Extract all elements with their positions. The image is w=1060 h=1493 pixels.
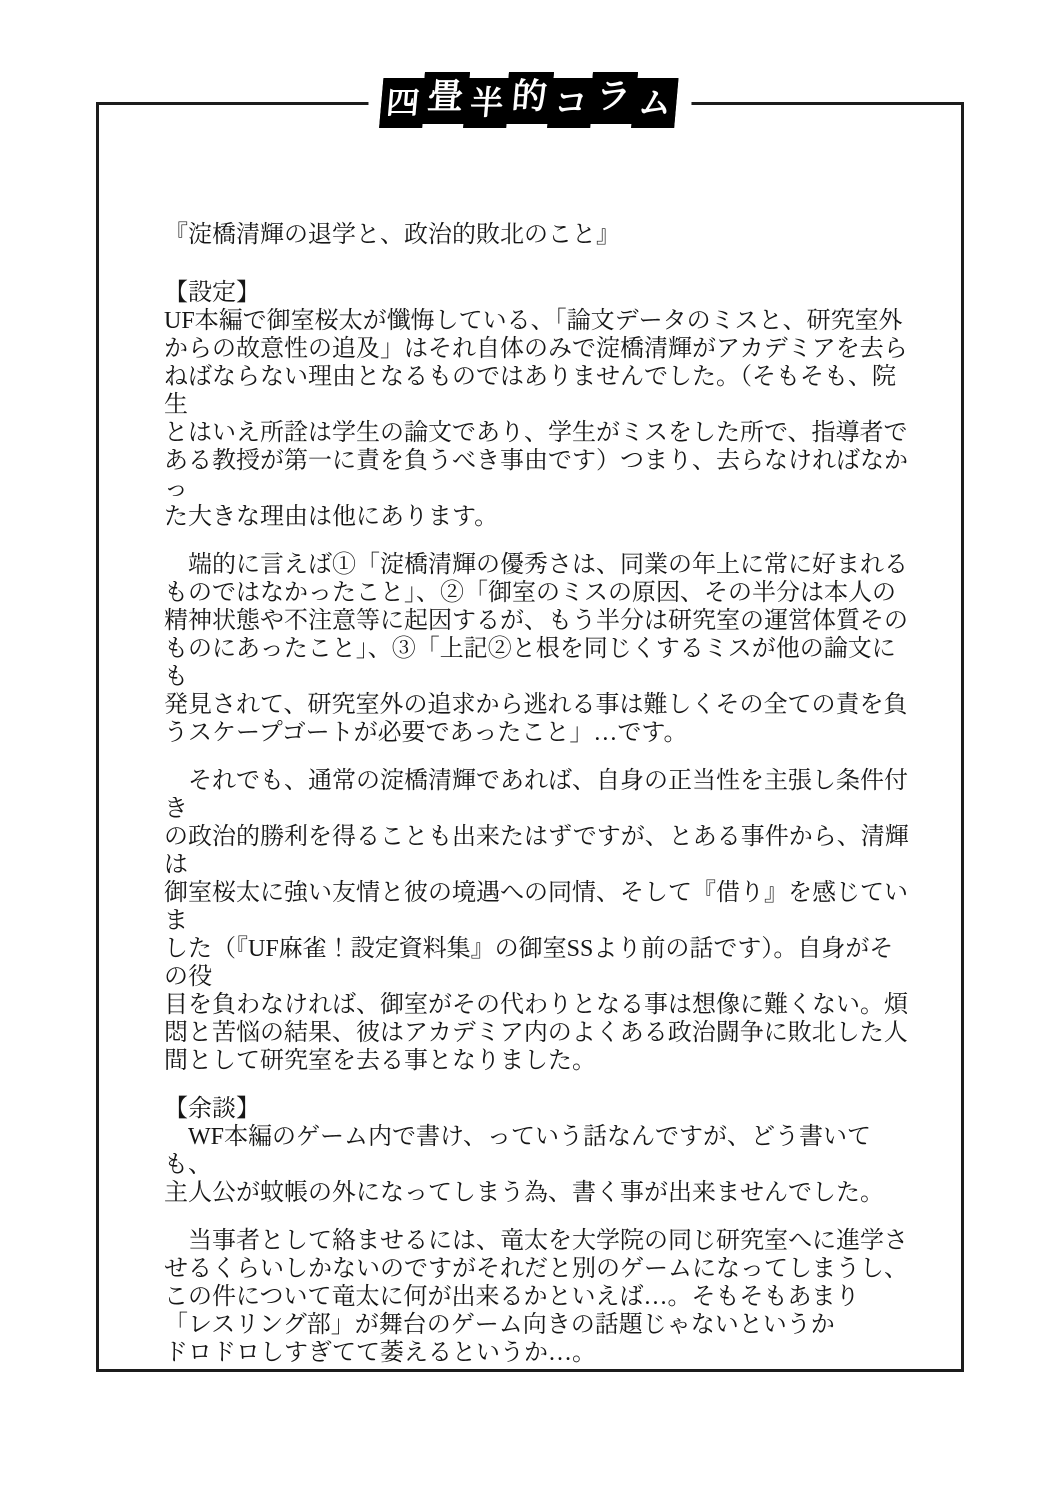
section-heading-settings: 【設定】: [164, 279, 913, 307]
settings-paragraph-3: それでも、通常の淀橋清輝であれば、自身の正当性を主張し条件付き の政治的勝利を得…: [164, 767, 913, 1075]
logo-character: ラ: [588, 72, 638, 124]
logo-character: ム: [631, 78, 678, 128]
logo-character: 的: [504, 72, 554, 124]
settings-paragraph-2: 端的に言えば①「淀橋清輝の優秀さは、同業の年上に常に好まれる ものではなかったこ…: [164, 551, 913, 747]
logo-character: 四: [379, 78, 426, 128]
column-logo: 四畳半的コラム: [368, 75, 691, 127]
logo-character: コ: [547, 78, 594, 128]
settings-paragraph-1: UF本編で御室桜太が懺悔している、「論文データのミスと、研究室外 からの故意性の…: [164, 307, 913, 531]
column-frame: 四畳半的コラム 『淀橋清輝の退学と、政治的敗北のこと』 【設定】 UF本編で御室…: [96, 102, 964, 1372]
logo-character: 半: [463, 78, 510, 128]
section-heading-digression: 【余談】: [164, 1095, 913, 1123]
logo-character: 畳: [420, 72, 470, 124]
page: { "logo": { "text": "四畳半的コラム" }, "conten…: [0, 0, 1060, 1493]
digression-paragraph-1: WF本編のゲーム内で書け、っていう話なんですが、どう書いても、 主人公が蚊帳の外…: [164, 1123, 913, 1207]
digression-paragraph-2: 当事者として絡ませるには、竜太を大学院の同じ研究室へに進学さ せるくらいしかない…: [164, 1227, 913, 1367]
column-title: 『淀橋清輝の退学と、政治的敗北のこと』: [164, 221, 913, 249]
column-content: 『淀橋清輝の退学と、政治的敗北のこと』 【設定】 UF本編で御室桜太が懺悔してい…: [164, 221, 913, 1367]
